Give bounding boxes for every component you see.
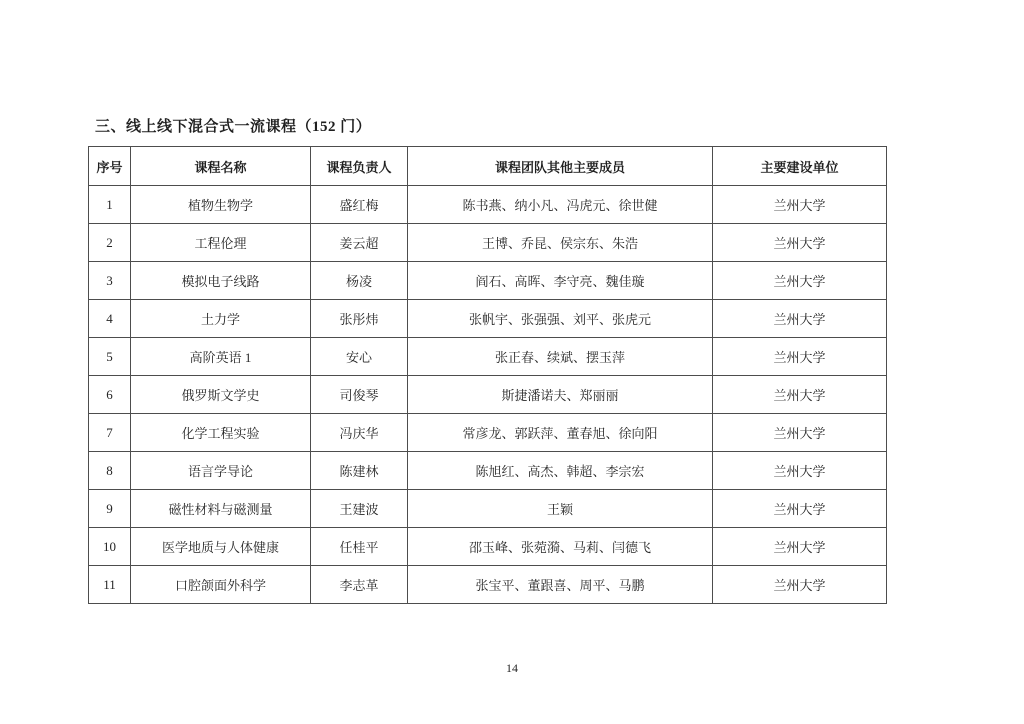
building-unit-cell: 兰州大学 xyxy=(713,528,887,566)
course-leader-cell: 安心 xyxy=(311,338,408,376)
table-body: 1植物生物学盛红梅陈书燕、纳小凡、冯虎元、徐世健兰州大学2工程伦理姜云超王博、乔… xyxy=(89,186,887,604)
course-leader-cell: 王建波 xyxy=(311,490,408,528)
table-row: 1植物生物学盛红梅陈书燕、纳小凡、冯虎元、徐世健兰州大学 xyxy=(89,186,887,224)
building-unit-cell: 兰州大学 xyxy=(713,262,887,300)
column-header-leader: 课程负责人 xyxy=(311,147,408,186)
team-members-cell: 张帆宇、张强强、刘平、张虎元 xyxy=(408,300,713,338)
course-name-cell: 植物生物学 xyxy=(131,186,311,224)
row-number-cell: 10 xyxy=(89,528,131,566)
course-name-cell: 磁性材料与磁测量 xyxy=(131,490,311,528)
building-unit-cell: 兰州大学 xyxy=(713,452,887,490)
column-header-members: 课程团队其他主要成员 xyxy=(408,147,713,186)
column-header-no: 序号 xyxy=(89,147,131,186)
table-row: 9磁性材料与磁测量王建波王颖兰州大学 xyxy=(89,490,887,528)
team-members-cell: 王博、乔昆、侯宗东、朱浩 xyxy=(408,224,713,262)
table-row: 6俄罗斯文学史司俊琴斯捷潘诺夫、郑丽丽兰州大学 xyxy=(89,376,887,414)
building-unit-cell: 兰州大学 xyxy=(713,224,887,262)
row-number-cell: 8 xyxy=(89,452,131,490)
table-row: 3模拟电子线路杨凌阎石、高晖、李守亮、魏佳璇兰州大学 xyxy=(89,262,887,300)
row-number-cell: 2 xyxy=(89,224,131,262)
course-name-cell: 语言学导论 xyxy=(131,452,311,490)
course-name-cell: 模拟电子线路 xyxy=(131,262,311,300)
row-number-cell: 7 xyxy=(89,414,131,452)
course-table: 序号课程名称课程负责人课程团队其他主要成员主要建设单位 1植物生物学盛红梅陈书燕… xyxy=(88,146,887,604)
course-leader-cell: 司俊琴 xyxy=(311,376,408,414)
row-number-cell: 6 xyxy=(89,376,131,414)
building-unit-cell: 兰州大学 xyxy=(713,338,887,376)
team-members-cell: 陈旭红、高杰、韩超、李宗宏 xyxy=(408,452,713,490)
course-leader-cell: 任桂平 xyxy=(311,528,408,566)
page-number: 14 xyxy=(0,661,1024,676)
building-unit-cell: 兰州大学 xyxy=(713,300,887,338)
course-leader-cell: 姜云超 xyxy=(311,224,408,262)
table-row: 7化学工程实验冯庆华常彦龙、郭跃萍、董春旭、徐向阳兰州大学 xyxy=(89,414,887,452)
team-members-cell: 王颖 xyxy=(408,490,713,528)
column-header-course: 课程名称 xyxy=(131,147,311,186)
team-members-cell: 常彦龙、郭跃萍、董春旭、徐向阳 xyxy=(408,414,713,452)
course-name-cell: 工程伦理 xyxy=(131,224,311,262)
table-header: 序号课程名称课程负责人课程团队其他主要成员主要建设单位 xyxy=(89,147,887,186)
table-row: 4土力学张彤炜张帆宇、张强强、刘平、张虎元兰州大学 xyxy=(89,300,887,338)
table-row: 8语言学导论陈建林陈旭红、高杰、韩超、李宗宏兰州大学 xyxy=(89,452,887,490)
course-name-cell: 高阶英语 1 xyxy=(131,338,311,376)
table-row: 11口腔颌面外科学李志革张宝平、董跟喜、周平、马鹏兰州大学 xyxy=(89,566,887,604)
team-members-cell: 张正春、续斌、摆玉萍 xyxy=(408,338,713,376)
team-members-cell: 斯捷潘诺夫、郑丽丽 xyxy=(408,376,713,414)
column-header-unit: 主要建设单位 xyxy=(713,147,887,186)
section-title: 三、线上线下混合式一流课程（152 门） xyxy=(95,115,371,136)
course-name-cell: 医学地质与人体健康 xyxy=(131,528,311,566)
building-unit-cell: 兰州大学 xyxy=(713,566,887,604)
course-name-cell: 俄罗斯文学史 xyxy=(131,376,311,414)
building-unit-cell: 兰州大学 xyxy=(713,490,887,528)
table-row: 5高阶英语 1安心张正春、续斌、摆玉萍兰州大学 xyxy=(89,338,887,376)
building-unit-cell: 兰州大学 xyxy=(713,376,887,414)
row-number-cell: 5 xyxy=(89,338,131,376)
table-row: 10医学地质与人体健康任桂平邵玉峰、张菀漪、马莉、闫德飞兰州大学 xyxy=(89,528,887,566)
building-unit-cell: 兰州大学 xyxy=(713,186,887,224)
course-leader-cell: 冯庆华 xyxy=(311,414,408,452)
course-name-cell: 土力学 xyxy=(131,300,311,338)
team-members-cell: 张宝平、董跟喜、周平、马鹏 xyxy=(408,566,713,604)
course-leader-cell: 盛红梅 xyxy=(311,186,408,224)
row-number-cell: 4 xyxy=(89,300,131,338)
row-number-cell: 1 xyxy=(89,186,131,224)
row-number-cell: 3 xyxy=(89,262,131,300)
table-header-row: 序号课程名称课程负责人课程团队其他主要成员主要建设单位 xyxy=(89,147,887,186)
course-leader-cell: 陈建林 xyxy=(311,452,408,490)
row-number-cell: 11 xyxy=(89,566,131,604)
table-row: 2工程伦理姜云超王博、乔昆、侯宗东、朱浩兰州大学 xyxy=(89,224,887,262)
document-page: 三、线上线下混合式一流课程（152 门） 序号课程名称课程负责人课程团队其他主要… xyxy=(0,0,1024,724)
building-unit-cell: 兰州大学 xyxy=(713,414,887,452)
team-members-cell: 陈书燕、纳小凡、冯虎元、徐世健 xyxy=(408,186,713,224)
team-members-cell: 阎石、高晖、李守亮、魏佳璇 xyxy=(408,262,713,300)
course-name-cell: 化学工程实验 xyxy=(131,414,311,452)
course-leader-cell: 杨凌 xyxy=(311,262,408,300)
course-leader-cell: 李志革 xyxy=(311,566,408,604)
course-name-cell: 口腔颌面外科学 xyxy=(131,566,311,604)
row-number-cell: 9 xyxy=(89,490,131,528)
course-leader-cell: 张彤炜 xyxy=(311,300,408,338)
team-members-cell: 邵玉峰、张菀漪、马莉、闫德飞 xyxy=(408,528,713,566)
